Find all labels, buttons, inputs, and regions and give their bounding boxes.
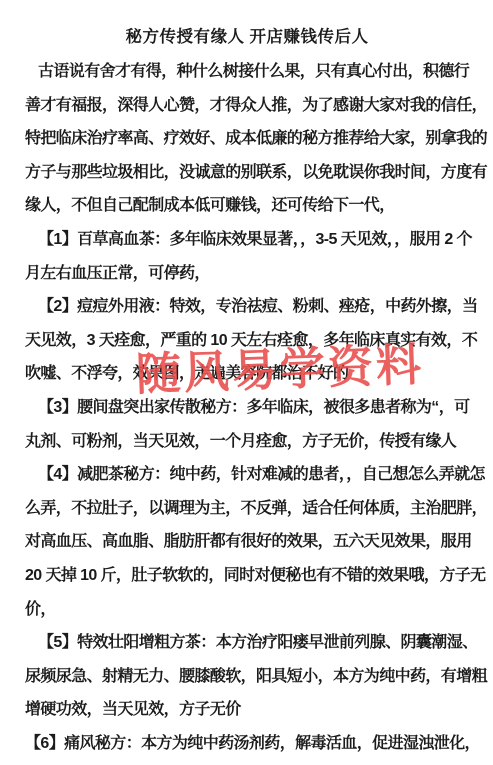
text-line: 增硬功效，当天见效，方子无价 <box>25 693 469 727</box>
text-line: 20 天掉 10 斤，肚子软软的，同时对便秘也有不错的效果哦，方子无 <box>25 559 469 593</box>
text-line: 【5】特效壮阳增粗方茶：本方治疗阳瘘早泄前列腺、阴囊潮湿、 <box>25 626 469 660</box>
text-line: 价， <box>25 593 469 627</box>
text-line: 【6】痛风秘方：本方为纯中药汤剂药，解毒活血，促进湿浊泄化， <box>25 727 469 761</box>
text-line: 【1】百草高血茶：多年临床效果显著，，3-5 天见效，，服用 2 个 <box>25 223 469 257</box>
text-line: 尿频尿急、射精无力、腰膝酸软，阳具短小，本方为纯中药，有增粗 <box>25 660 469 694</box>
text-line: 对高血压、高血脂、脂肪肝都有很好的效果，五六天见效果，服用 <box>25 525 469 559</box>
text-line: 么弄，不拉肚子，以调理为主，不反弹，适合任何体质，主治肥胖， <box>25 492 469 526</box>
text-line: 古语说有舍才有得，种什么树接什么果，只有真心付出，积德行 <box>25 55 469 89</box>
text-line: 吹嘘、不浮夸，效果图，走遍美容院都治不好的 <box>25 357 469 391</box>
text-line: 方子与那些垃圾相比，没诚意的别联系，以免耽误你我时间，方度有 <box>25 156 469 190</box>
text-line: 【4】减肥茶秘方：纯中药，针对难减的患者，，自己想怎么弄就怎 <box>25 458 469 492</box>
page-title: 秘方传授有缘人 开店赚钱传后人 <box>25 24 469 50</box>
text-line: 月左右血压正常，可停药， <box>25 257 469 291</box>
document-page: 秘方传授有缘人 开店赚钱传后人 古语说有舍才有得，种什么树接什么果，只有真心付出… <box>0 0 493 765</box>
text-line: 丸剂、可粉剂，当天见效，一个月痊愈，方子无价，传授有缘人 <box>25 425 469 459</box>
text-line: 缘人，不但自己配制成本低可赚钱，还可传给下一代， <box>25 189 469 223</box>
text-line: 【2】痘痘外用液：特效，专治祛痘、粉刺、痤疮，中药外擦，当 <box>25 290 469 324</box>
text-line: 【3】腰间盘突出家传散秘方：多年临床，被很多患者称为“，可 <box>25 391 469 425</box>
document-body: 古语说有舍才有得，种什么树接什么果，只有真心付出，积德行 善才有福报，深得人心赞… <box>25 55 469 760</box>
text-line: 善才有福报，深得人心赞，才得众人推，为了感谢大家对我的信任， <box>25 89 469 123</box>
text-line: 特把临床治疗率高、疗效好、成本低廉的秘方推荐给大家，别拿我的 <box>25 122 469 156</box>
text-line: 天见效，3 天痊愈，严重的 10 天左右痊愈，多年临床真实有效，不 <box>25 324 469 358</box>
